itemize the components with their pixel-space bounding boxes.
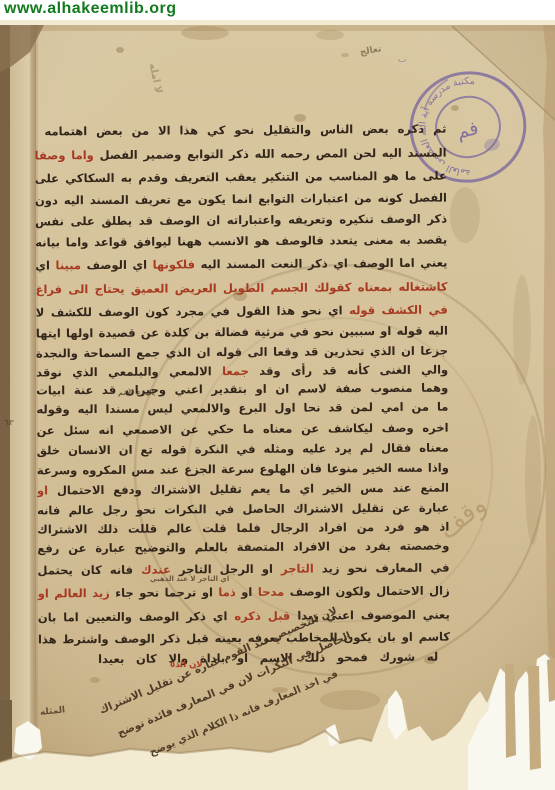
line-23-segment-3: او	[241, 585, 258, 599]
line-5-segment-1: ذكر الوصف تنكيره وتعريفه واعتباراته ان ا…	[35, 212, 447, 233]
line-4-segment-1: الفصل كونه من اعتبارات التوابع انما يكون…	[35, 191, 447, 212]
scanned-manuscript-viewer: www.alhakeemlib.org	[0, 0, 555, 790]
line-12-segment-1: والي الغنى كأنه قد رأى وقد	[259, 363, 448, 378]
manuscript-line-6: يقصد به معنى يتعدد فالوصف هو الانسب ههنا…	[35, 231, 447, 254]
line-12-segment-2: جمعا	[222, 364, 259, 378]
manuscript-line-24: يعني الموصوف اعني زيدا قبل ذكره اي ذكر ا…	[38, 606, 450, 629]
line-23-segment-2: مدحا	[258, 585, 290, 599]
line-3-segment-1: على ما هو المناسب من التنكير يعقب التعري…	[35, 169, 447, 190]
manuscript-line-5: ذكر الوصف تنكيره وتعريفه واعتباراته ان ا…	[35, 210, 447, 233]
line-22-segment-1: في المعارف نحو زيد	[322, 561, 450, 576]
line-22-segment-2: التاجر	[281, 561, 322, 575]
line-1-segment-1: ثم ذكره بعض الناس والتقليل نحو كي هذا ال…	[44, 122, 446, 139]
line-19-segment-1: عبارة عن تقليل الاشتراك الحاصل في النكرا…	[37, 501, 449, 518]
line-23-segment-4: ذما	[218, 585, 241, 599]
line-24-segment-2: قبل ذكره	[234, 609, 297, 623]
line-7-segment-3: اي الوصف	[87, 258, 153, 272]
binding-edge	[0, 25, 10, 765]
line-2-segment-2: واما وصفا	[35, 148, 100, 162]
interlinear-gloss-2: اي التاجر لا عند الذهبي	[150, 575, 229, 583]
left-margin-numeral: ٦٣	[4, 418, 14, 427]
line-23-segment-5: او ترحما نحو جاء	[115, 585, 218, 600]
manuscript-line-21: وخصصته بفرد من الافراد المتصفة بالعلم وا…	[37, 537, 449, 560]
line-7-segment-2: فلكونها	[153, 257, 201, 271]
manuscript-line-8: كاشتغاله بمعناه كقولك الجسم الطويل العري…	[36, 278, 448, 301]
manuscript-line-7: يعني اما الوصف اي ذكر النعت المسند اليه …	[35, 254, 447, 277]
line-2-segment-1: المسند اليه لحن المص رحمه الله ذكر التوا…	[100, 146, 447, 162]
line-7-segment-1: يعني اما الوصف اي ذكر النعت المسند اليه	[201, 256, 448, 272]
line-15-segment-1: اخره وصف ليكاشف عن معناه ما حكي عن الاصم…	[37, 421, 449, 438]
manuscript-line-1: ثم ذكره بعض الناس والتقليل نحو كي هذا ال…	[44, 120, 446, 143]
line-14-segment-1: ما من امي لمن قد نحا اول البرع والالمعي …	[36, 400, 448, 417]
line-13-segment-1: وهما منصوب صفة لاسم ان او بتقدير اعني وج…	[36, 381, 448, 398]
interlinear-gloss-1: الدرع الاثم	[118, 389, 154, 397]
manuscript-text-block: ثم ذكره بعض الناس والتقليل نحو كي هذا ال…	[34, 0, 451, 701]
manuscript-line-23: زال الاحتمال ولكون الوصف مدحا او ذما او …	[38, 582, 450, 605]
manuscript-line-2: المسند اليه لحن المص رحمه الله ذكر التوا…	[35, 144, 447, 167]
line-8-segment-1: كاشتغاله بمعناه كقولك الجسم الطويل العري…	[36, 280, 448, 301]
line-18-segment-1: المنع عند مس الخير اي ما يعم تقليل الاشت…	[57, 481, 449, 498]
line-21-segment-1: وخصصته بفرد من الافراد المتصفة بالعلم وا…	[37, 539, 449, 560]
line-23-segment-1: زال الاحتمال ولكون الوصف	[290, 584, 450, 599]
manuscript-line-14: ما من امي لمن قد نحا اول البرع والالمعي …	[36, 398, 448, 421]
line-7-segment-4: مبينا	[55, 258, 86, 272]
line-6-segment-1: يقصد به معنى يتعدد فالوصف هو الانسب ههنا…	[35, 233, 447, 254]
line-12-segment-3: الالمعي والبلمعي الذي نوقد	[36, 364, 222, 379]
manuscript-line-22: في المعارف نحو زيد التاجر او الرجل التاج…	[37, 559, 449, 582]
line-17-segment-1: واذا مسه الخير منوعا فان الهلوع سرعة الج…	[37, 461, 449, 478]
manuscript-line-3: على ما هو المناسب من التنكير يعقب التعري…	[35, 167, 447, 190]
manuscript-line-9: في الكشف قوله اي نحو هذا القول في مجرد ك…	[36, 301, 448, 324]
manuscript-line-4: الفصل كونه من اعتبارات التوابع انما يكون…	[35, 189, 447, 212]
line-9-segment-1: في الكشف قوله	[349, 303, 448, 318]
